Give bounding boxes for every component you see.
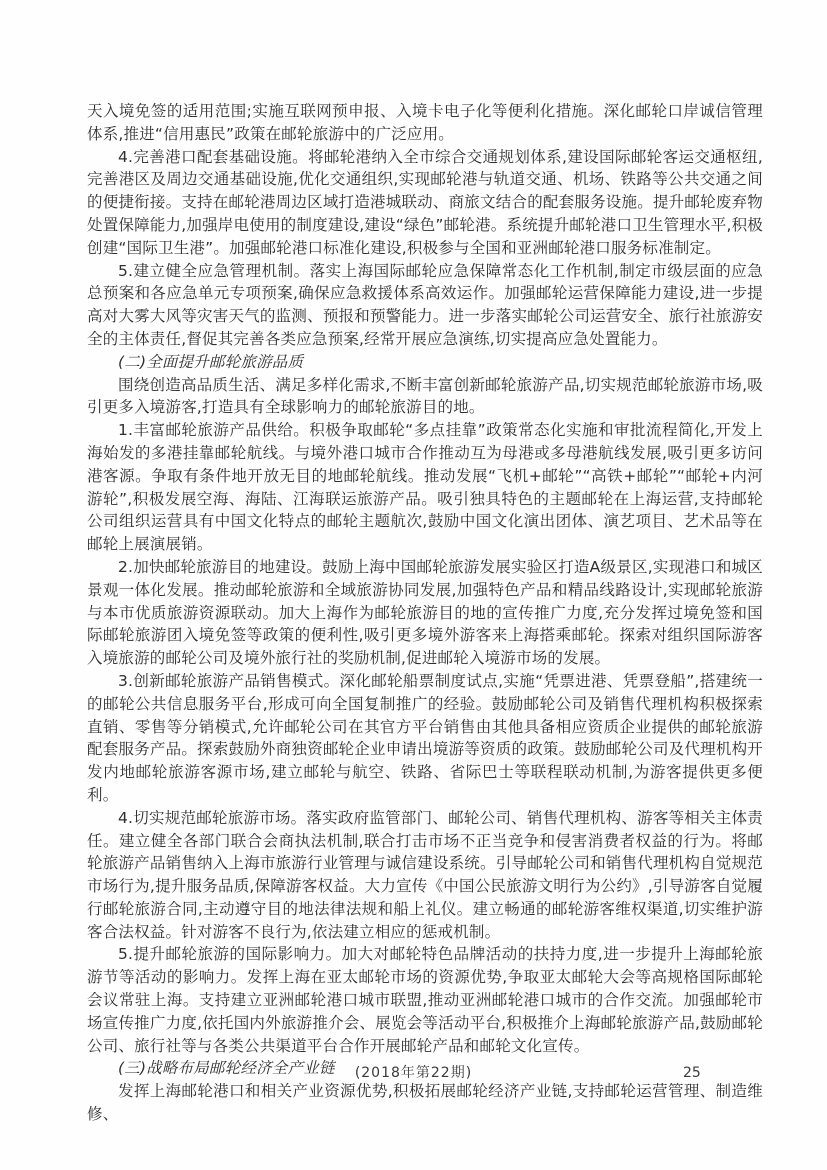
document-page: 天入境免签的适用范围;实施互联网预申报、入境卡电子化等便利化措施。深化邮轮口岸诚… xyxy=(0,0,827,1170)
body-paragraph: 发挥上海邮轮港口和相关产业资源优势,积极拓展邮轮经济产业链,支持邮轮运营管理、制… xyxy=(87,1080,763,1126)
body-paragraph: 3.创新邮轮旅游产品销售模式。深化邮轮船票制度试点,实施“凭票进港、凭票登船”,… xyxy=(87,670,763,807)
body-paragraph: 4.切实规范邮轮旅游市场。落实政府监管部门、邮轮公司、销售代理机构、游客等相关主… xyxy=(87,807,763,944)
section-heading: (二)全面提升邮轮旅游品质 xyxy=(87,351,763,374)
body-paragraph: 1.丰富邮轮旅游产品供给。积极争取邮轮“多点挂靠”政策常态化实施和审批流程简化,… xyxy=(87,419,763,556)
page-number: 25 xyxy=(683,1062,701,1084)
document-body: 天入境免签的适用范围;实施互联网预申报、入境卡电子化等便利化措施。深化邮轮口岸诚… xyxy=(87,100,763,1126)
body-paragraph: 4.完善港口配套基础设施。将邮轮港纳入全市综合交通规划体系,建设国际邮轮客运交通… xyxy=(87,146,763,260)
journal-issue-label: (2018年第22期) xyxy=(355,1062,472,1084)
body-paragraph: 5.建立健全应急管理机制。落实上海国际邮轮应急保障常态化工作机制,制定市级层面的… xyxy=(87,260,763,351)
body-paragraph: 5.提升邮轮旅游的国际影响力。加大对邮轮特色品牌活动的扶持力度,进一步提升上海邮… xyxy=(87,943,763,1057)
page-footer: (2018年第22期) 25 xyxy=(0,1062,827,1086)
body-paragraph: 2.加快邮轮旅游目的地建设。鼓励上海中国邮轮旅游发展实验区打造A级景区,实现港口… xyxy=(87,556,763,670)
body-paragraph: 天入境免签的适用范围;实施互联网预申报、入境卡电子化等便利化措施。深化邮轮口岸诚… xyxy=(87,100,763,146)
body-paragraph: 围绕创造高品质生活、满足多样化需求,不断丰富创新邮轮旅游产品,切实规范邮轮旅游市… xyxy=(87,374,763,420)
